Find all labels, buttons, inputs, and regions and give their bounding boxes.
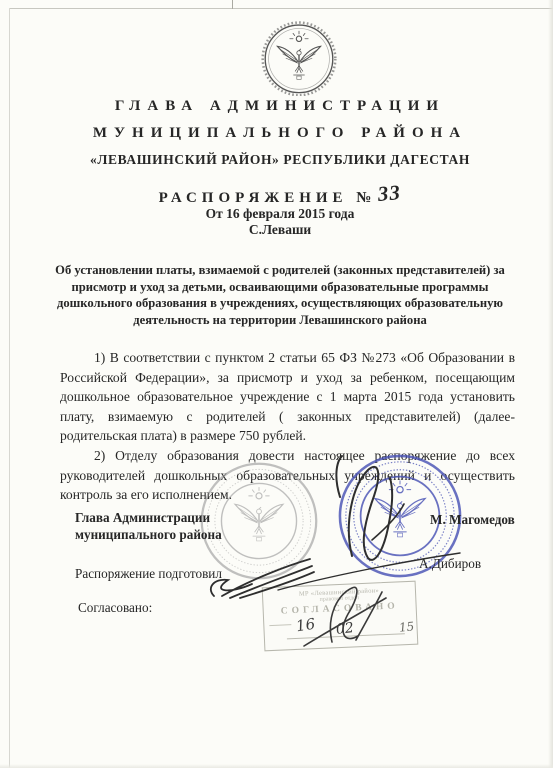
scan-edge-left	[9, 8, 10, 768]
agreed-label: Согласовано:	[78, 600, 152, 616]
head-signature-title-line1: Глава Администрации	[75, 509, 255, 526]
approval-stamp: МР «Левашинский район» правовой отдел СО…	[262, 581, 419, 652]
approval-stamp-short-line	[269, 624, 291, 626]
handwritten-year: 15	[398, 619, 415, 635]
head-signature-name: М. Магомедов	[430, 512, 515, 528]
dagestan-coat-of-arms-icon	[256, 20, 342, 96]
head-signature-title: Глава Администрации муниципального район…	[75, 509, 255, 543]
header-line-2: МУНИЦИПАЛЬНОГО РАЙОНА	[40, 125, 520, 142]
prepared-by-label: Распоряжение подготовил	[75, 566, 222, 582]
prepared-by-name: А.Дибиров	[419, 556, 481, 572]
header-line-3: «ЛЕВАШИНСКИЙ РАЙОН» РЕСПУБЛИКИ ДАГЕСТАН	[40, 152, 520, 168]
scan-edge-top	[10, 8, 553, 9]
scan-edge-notch	[232, 0, 233, 9]
header-line-1: ГЛАВА АДМИНИСТРАЦИИ	[40, 98, 520, 115]
handwritten-day: 16	[295, 615, 317, 636]
handwritten-month: 02	[335, 620, 355, 638]
order-number-handwritten: 33	[377, 180, 402, 207]
order-place: С.Леваши	[40, 222, 520, 238]
order-title-label: РАСПОРЯЖЕНИЕ №	[159, 190, 377, 206]
scanned-document-page: ГЛАВА АДМИНИСТРАЦИИ МУНИЦИПАЛЬНОГО РАЙОН…	[0, 0, 553, 768]
subject-paragraph: Об установлении платы, взимаемой с родит…	[52, 262, 508, 328]
head-signature-title-line2: муниципального района	[75, 526, 255, 543]
scan-edge-bottom	[0, 764, 553, 768]
order-date: От 16 февраля 2015 года	[40, 206, 520, 222]
body-paragraph-1: 1) В соответствии с пунктом 2 статьи 65 …	[60, 348, 515, 446]
order-title: РАСПОРЯЖЕНИЕ №33	[40, 183, 520, 208]
scan-edge-right	[548, 0, 553, 768]
